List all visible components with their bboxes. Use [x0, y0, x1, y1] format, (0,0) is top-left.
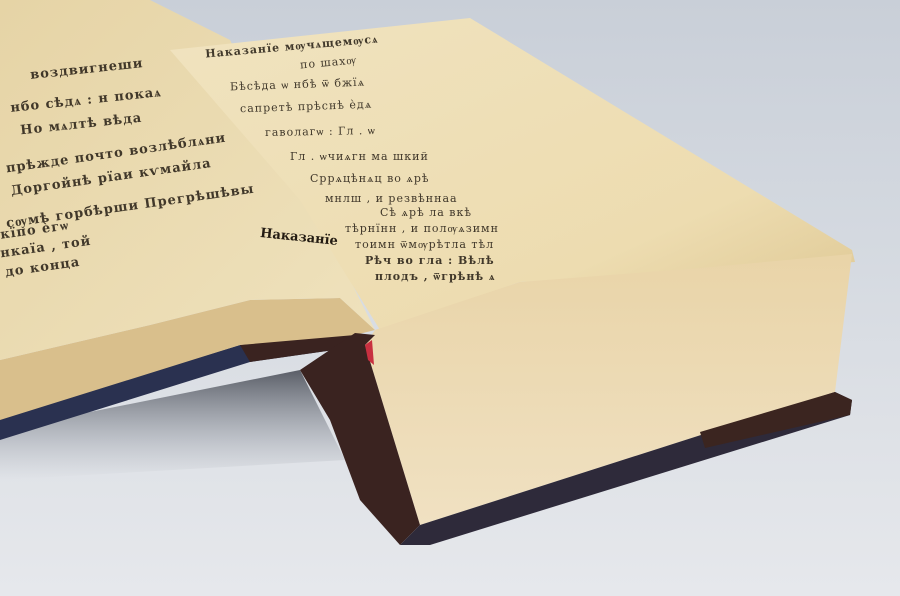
- text-line: Сѣ ѧрѣ ла вкѣ: [380, 206, 472, 219]
- text-line: гаволагѡ : Гл . ѡ: [265, 124, 376, 139]
- text-line: Рѣч во гла : Вѣлѣ: [365, 254, 495, 267]
- text-line: Сррѧцѣнѧц во ѧрѣ: [310, 172, 430, 185]
- text-line: плодъ , ѿгрѣнѣ ѧ: [375, 270, 496, 283]
- text-line: тѣрнїнн , и полѹѧзимн: [345, 222, 499, 235]
- text-line: мнлш , и резвѣннаа: [325, 192, 458, 205]
- book-photo-scene: воздвигнеши нбо сѣдѧ : н покаѧ Но мѧлтѣ …: [0, 0, 900, 596]
- text-line: Гл . ѡчиѧгн ма шкий: [290, 150, 429, 163]
- text-line: тоимн ѿмѹрѣтла тѣл: [355, 238, 494, 251]
